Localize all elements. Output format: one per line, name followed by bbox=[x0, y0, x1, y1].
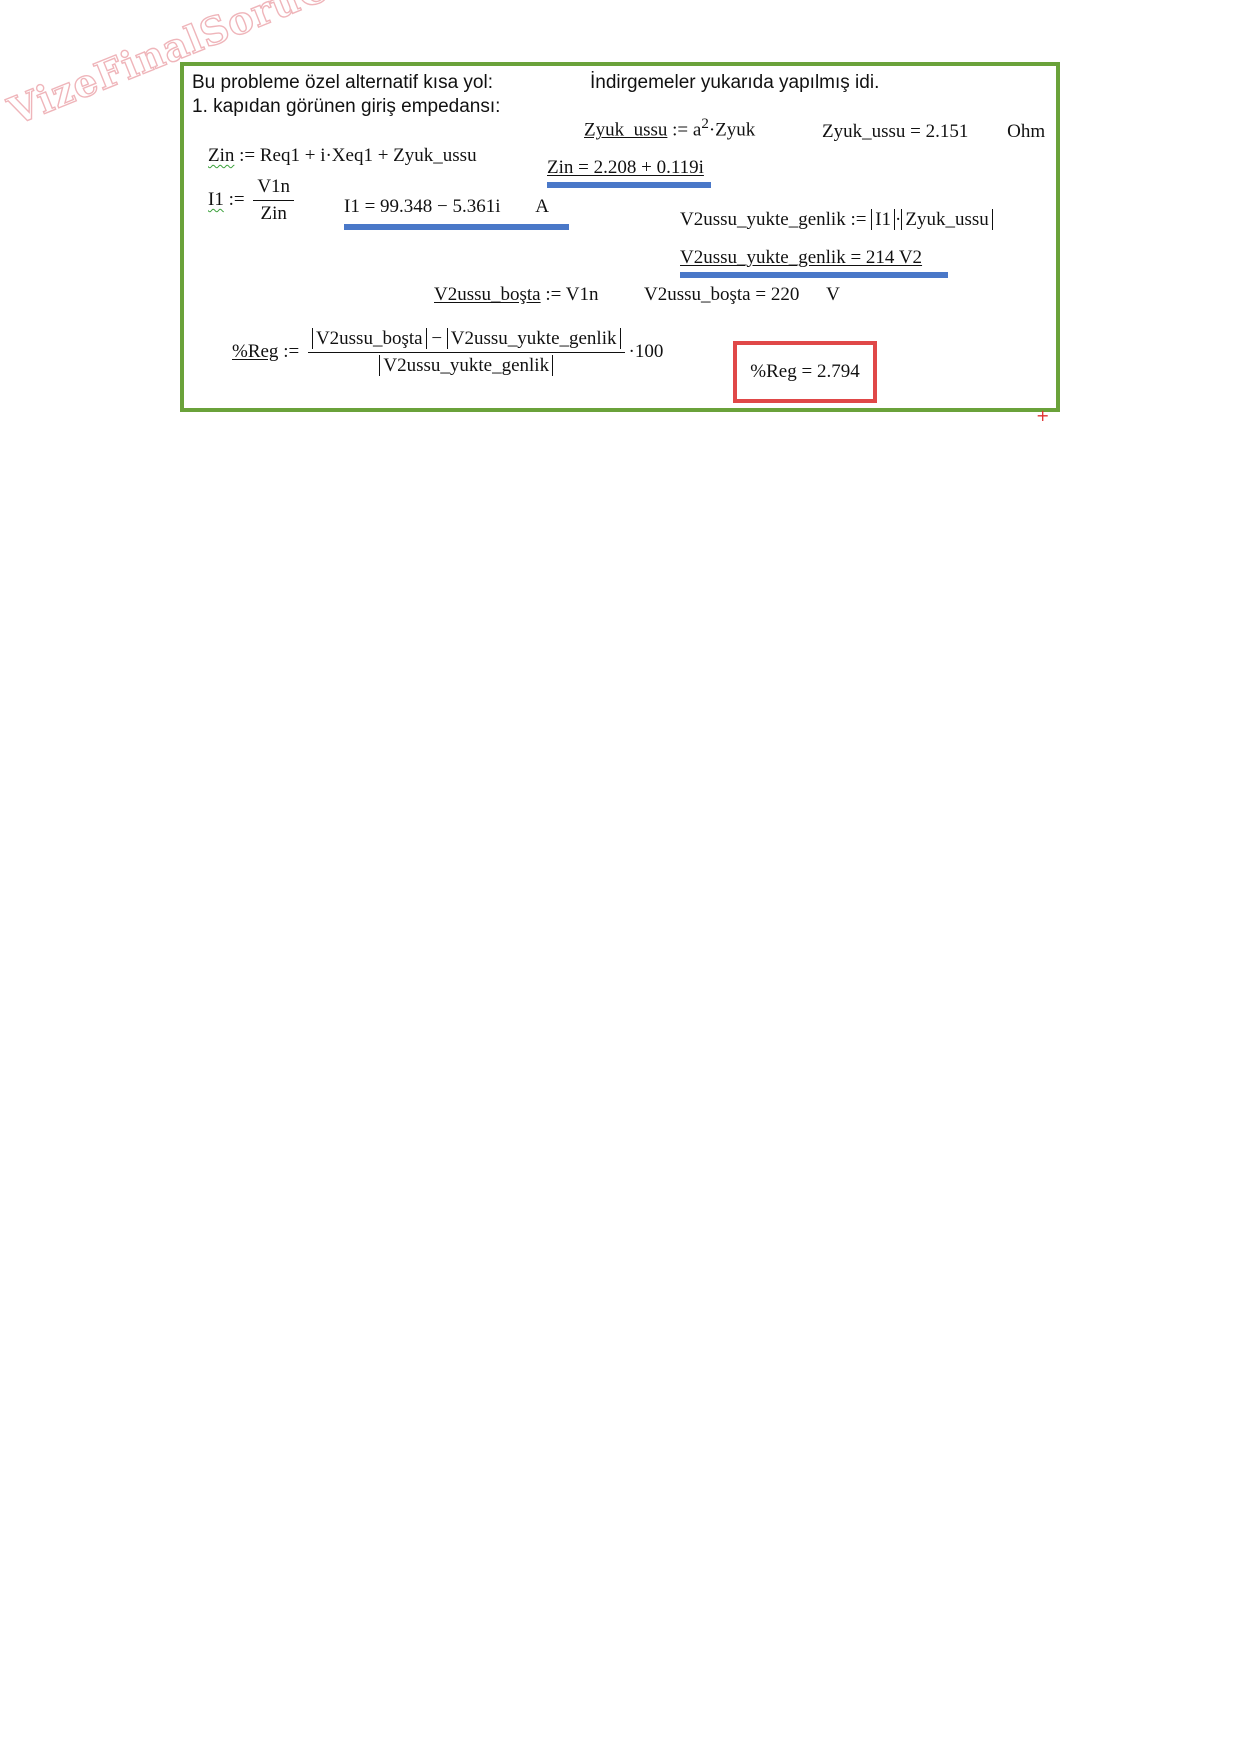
v2-load-highlight-bar bbox=[680, 272, 948, 278]
assign-op: := bbox=[672, 119, 688, 140]
volt-unit: V bbox=[826, 284, 840, 305]
abs-i1: I1 bbox=[871, 209, 895, 230]
zyuk-term: ·Zyuk bbox=[709, 119, 755, 140]
minus-op: − bbox=[431, 328, 442, 349]
ampere-unit: A bbox=[535, 196, 549, 217]
reg-result: %Reg = 2.794 bbox=[750, 361, 859, 383]
abs-v2-load: V2ussu_yukte_genlik bbox=[447, 328, 621, 349]
intro-line-2: 1. kapıdan görünen giriş empedansı: bbox=[192, 96, 500, 118]
i1-lhs: I1 bbox=[208, 189, 224, 210]
reg-definition: %Reg := V2ussu_boşta − V2ussu_yukte_genl… bbox=[232, 328, 663, 377]
reg-numerator: V2ussu_boşta − V2ussu_yukte_genlik bbox=[308, 328, 625, 353]
exponent: 2 bbox=[701, 116, 709, 132]
reg-result-box: %Reg = 2.794 bbox=[733, 341, 877, 403]
zyuk-ussu-value: Zyuk_ussu = 2.151 bbox=[822, 121, 968, 142]
zin-definition: Zin := Req1 + i·Xeq1 + Zyuk_ussu bbox=[208, 145, 477, 167]
i1-value: I1 = 99.348 − 5.361i bbox=[344, 196, 501, 217]
fraction: V1n Zin bbox=[253, 176, 294, 225]
abs-v2-noload: V2ussu_boşta bbox=[312, 328, 427, 349]
v2-load-lhs: V2ussu_yukte_genlik bbox=[680, 209, 846, 230]
assign-op: := bbox=[850, 209, 866, 230]
zin-rhs: := Req1 + i·Xeq1 + Zyuk_ussu bbox=[239, 145, 476, 166]
i1-result: I1 = 99.348 − 5.361i A bbox=[344, 196, 549, 218]
i1-highlight-bar bbox=[344, 224, 569, 230]
zin-value: Zin = 2.208 + 0.119i bbox=[547, 157, 704, 178]
i1-definition: I1 := V1n Zin bbox=[208, 176, 298, 225]
reg-denominator: V2ussu_yukte_genlik bbox=[375, 353, 557, 377]
v2-load-value: V2ussu_yukte_genlik = 214 V2 bbox=[680, 247, 922, 268]
zin-lhs: Zin bbox=[208, 145, 234, 166]
plus-marker-icon: + bbox=[1036, 406, 1049, 425]
reg-fraction: V2ussu_boşta − V2ussu_yukte_genlik V2uss… bbox=[308, 328, 625, 377]
zyuk-ussu-lhs: Zyuk_ussu bbox=[584, 119, 667, 140]
v2-noload-lhs: V2ussu_boşta bbox=[434, 284, 541, 305]
denominator: Zin bbox=[257, 201, 291, 225]
zyuk-ussu-result: Zyuk_ussu = 2.151 Ohm bbox=[822, 121, 1045, 143]
note-text: İndirgemeler yukarıda yapılmış idi. bbox=[590, 72, 879, 94]
zin-result: Zin = 2.208 + 0.119i bbox=[547, 157, 704, 179]
abs-zyuk-ussu: Zyuk_ussu bbox=[901, 209, 992, 230]
v2-noload-rhs: := V1n bbox=[545, 284, 598, 305]
assign-op: := bbox=[229, 189, 245, 210]
zyuk-ussu-definition: Zyuk_ussu := a2·Zyuk bbox=[584, 116, 755, 141]
numerator: V1n bbox=[253, 176, 294, 201]
zin-highlight-bar bbox=[547, 182, 711, 188]
factor-100: ·100 bbox=[629, 341, 664, 362]
abs-v2-load-den: V2ussu_yukte_genlik bbox=[379, 355, 553, 376]
v2-noload-result: V2ussu_boşta = 220 V bbox=[644, 284, 840, 306]
solution-frame: Bu probleme özel alternatif kısa yol: 1.… bbox=[180, 62, 1060, 412]
reg-lhs: %Reg bbox=[232, 341, 278, 362]
intro-line-1: Bu probleme özel alternatif kısa yol: bbox=[192, 72, 493, 94]
ohm-unit: Ohm bbox=[1007, 121, 1045, 142]
v2-load-result: V2ussu_yukte_genlik = 214 V2 bbox=[680, 247, 922, 269]
v2-noload-value: V2ussu_boşta = 220 bbox=[644, 284, 799, 305]
assign-op: := bbox=[283, 341, 299, 362]
v2-load-definition: V2ussu_yukte_genlik := I1·Zyuk_ussu bbox=[680, 209, 993, 231]
v2-noload-definition: V2ussu_boşta := V1n bbox=[434, 284, 599, 306]
